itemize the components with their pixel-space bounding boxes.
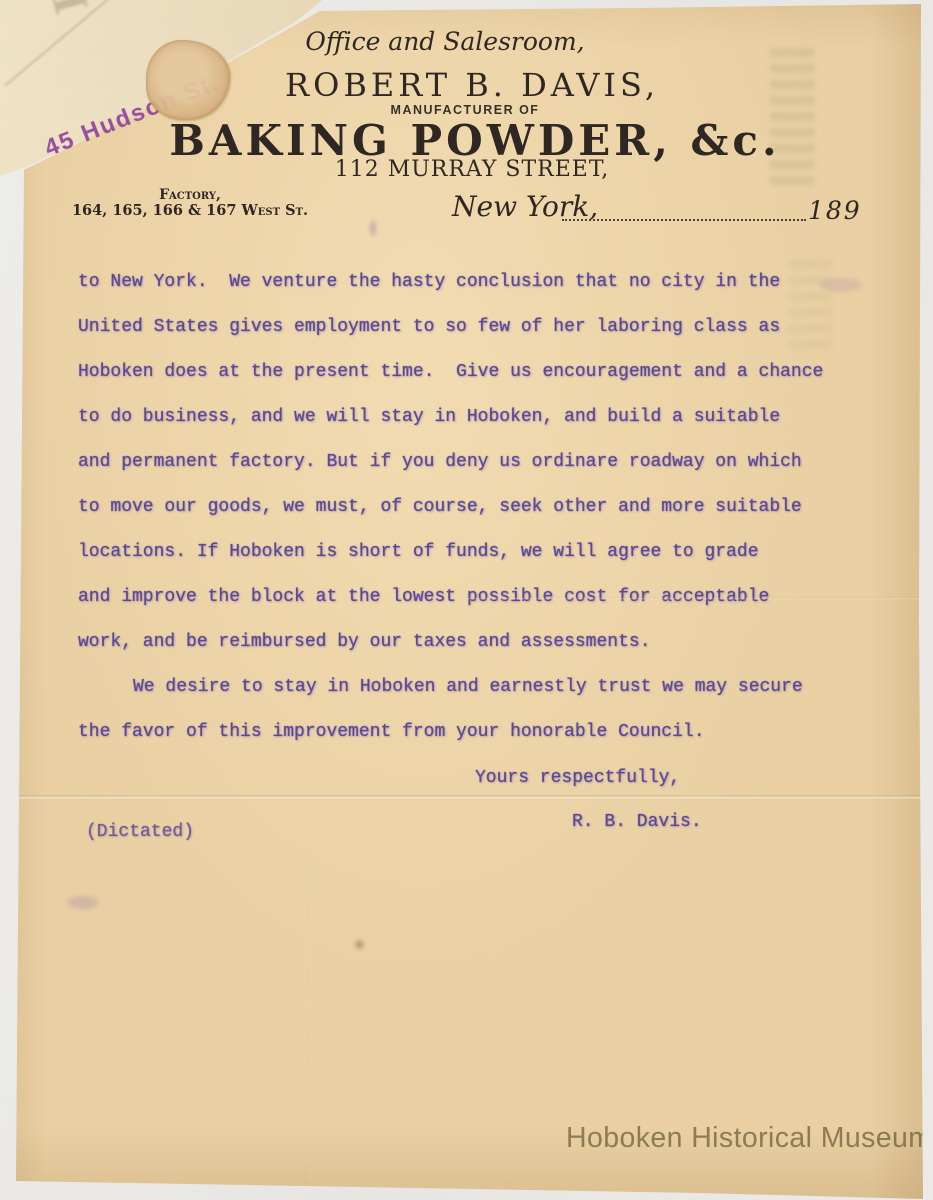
scanned-letter: Office and Salesroom, ROBERT B. DAVIS, M… xyxy=(0,0,933,1200)
closing-line: Yours respectfully, xyxy=(475,768,680,788)
letter-line: to New York. We venture the hasty conclu… xyxy=(78,272,780,292)
street-address-line: 112 MURRAY STREET, xyxy=(0,157,933,182)
fold-crease xyxy=(460,597,920,600)
letter-line: work, and be reimbursed by our taxes and… xyxy=(78,632,651,652)
factory-label: Factory, xyxy=(95,187,285,203)
stain-spot xyxy=(355,940,364,949)
letter-line: locations. If Hoboken is short of funds,… xyxy=(78,542,759,562)
dateline-year: 189 xyxy=(808,196,862,225)
show-through-smudge xyxy=(788,260,832,350)
letter-line: and permanent factory. But if you deny u… xyxy=(78,452,802,472)
ink-smudge xyxy=(820,278,862,292)
letter-line: to do business, and we will stay in Hobo… xyxy=(78,407,780,427)
letter-line: United States gives employment to so few… xyxy=(78,317,780,337)
factory-address: 164, 165, 166 & 167 West St. xyxy=(60,202,320,219)
letter-sheet: Office and Salesroom, ROBERT B. DAVIS, M… xyxy=(0,0,933,1200)
fold-crease xyxy=(308,845,311,1185)
signature: R. B. Davis. xyxy=(572,812,702,832)
fold-crease xyxy=(18,795,920,800)
fold-crease xyxy=(466,760,468,940)
dictated-note: (Dictated) xyxy=(86,822,194,842)
ink-smudge xyxy=(68,896,98,909)
dateline-rule xyxy=(562,219,806,221)
letter-line: We desire to stay in Hoboken and earnest… xyxy=(133,677,803,697)
letter-line: the favor of this improvement from your … xyxy=(78,722,705,742)
ink-smudge xyxy=(370,220,376,236)
museum-watermark: Hoboken Historical Museum xyxy=(566,1122,932,1155)
letter-line: to move our goods, we must, of course, s… xyxy=(78,497,802,517)
letter-line: Hoboken does at the present time. Give u… xyxy=(78,362,823,382)
